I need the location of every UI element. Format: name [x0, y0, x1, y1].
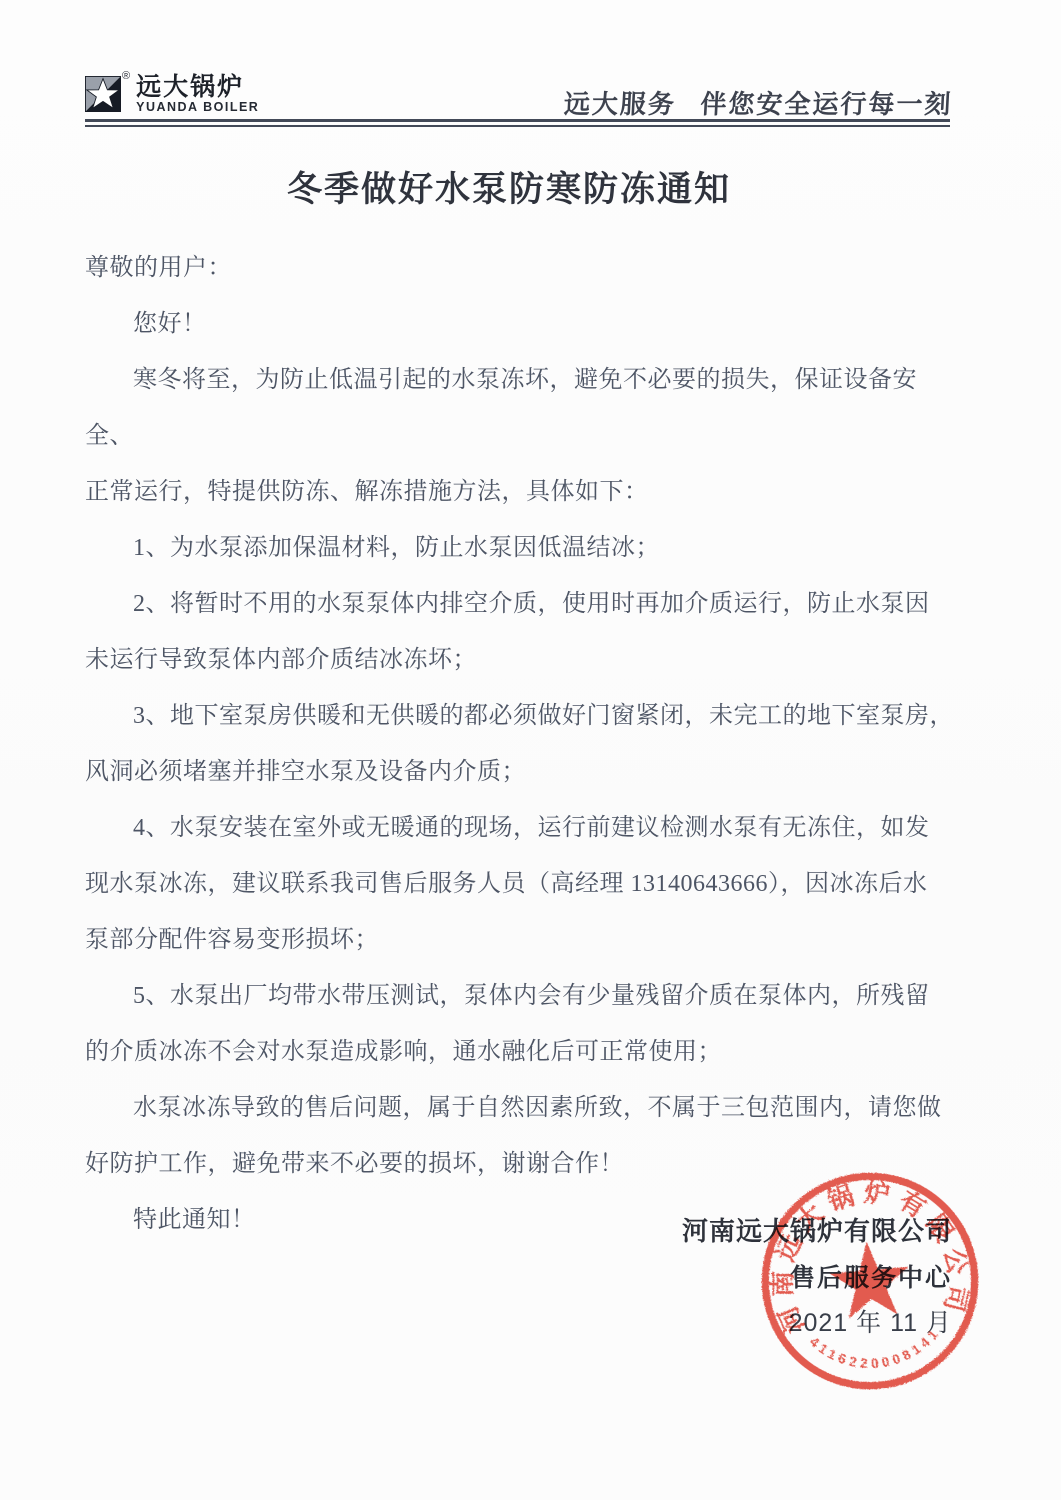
letterhead-divider — [85, 119, 950, 127]
paragraph-item-4: 4、水泵安装在室外或无暖通的现场，运行前建议检测水泵有无冻住，如发 现水泵冰冻，… — [85, 800, 958, 968]
notice-document-page: ® 远大锅炉 YUANDA BOILER 远大服务 伴您安全运行每一刻 冬季做好… — [0, 0, 1061, 1500]
official-seal-stamp-icon: 河南远大锅炉有限公司 4116220008141 — [746, 1157, 993, 1404]
brand-name-english: YUANDA BOILER — [136, 100, 259, 115]
paragraph-item-1: 1、为水泵添加保温材料，防止水泵因低温结冰； — [85, 520, 958, 576]
salutation: 尊敬的用户： — [85, 240, 958, 296]
notice-body: 尊敬的用户： 您好！ 寒冬将至，为防止低温引起的水泵冻坏，避免不必要的损失，保证… — [85, 240, 958, 1248]
registered-trademark-symbol: ® — [122, 70, 130, 82]
page-title: 冬季做好水泵防寒防冻通知 — [0, 162, 1018, 212]
company-logo: ® 远大锅炉 YUANDA BOILER — [85, 76, 259, 115]
brand-name-chinese: 远大锅炉 — [136, 74, 259, 100]
seal-star-icon — [827, 1238, 912, 1320]
paragraph-item-5: 5、水泵出厂均带水带压测试，泵体内会有少量残留介质在泵体内，所残留 的介质冰冻不… — [85, 968, 958, 1080]
service-slogan: 远大服务 伴您安全运行每一刻 — [564, 84, 954, 121]
paragraph-item-2: 2、将暂时不用的水泵泵体内排空介质，使用时再加介质运行，防止水泵因 未运行导致泵… — [85, 576, 958, 688]
star-square-logo-icon — [85, 76, 121, 112]
greeting: 您好！ — [85, 296, 958, 352]
logo-text: 远大锅炉 YUANDA BOILER — [136, 74, 259, 115]
paragraph-intro: 寒冬将至，为防止低温引起的水泵冻坏，避免不必要的损失，保证设备安全、 正常运行，… — [85, 352, 958, 520]
paragraph-item-3: 3、地下室泵房供暖和无供暖的都必须做好门窗紧闭，未完工的地下室泵房， 风洞必须堵… — [85, 688, 958, 800]
